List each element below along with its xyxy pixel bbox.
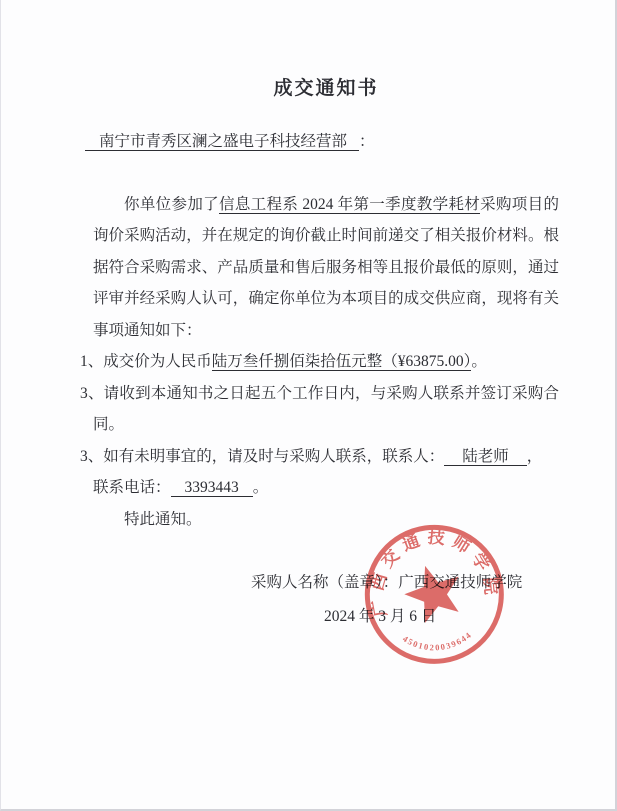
contact-phone-underlined: 3393443	[171, 479, 253, 497]
phone-period: 。	[253, 479, 269, 496]
addressee-name: 南宁市青秀区澜之盛电子科技经营部	[85, 133, 359, 151]
paragraph-text: 采购项目的询价采购活动，并在规定的询价截止时间前递交了相关报价材料。根据符合采购…	[93, 196, 559, 339]
paragraph-text: 你单位参加了	[124, 196, 219, 213]
item1-period: 。	[471, 353, 487, 370]
purchaser-signature-line: 采购人名称（盖章）：广西交通技师学院	[93, 567, 559, 599]
list-item-3-line2: 联系电话：3393443。	[93, 472, 559, 504]
contact-person-underlined: 陆老师	[444, 448, 527, 466]
project-name-underlined: 信息工程系 2024 年第一季度教学耗材	[219, 196, 480, 214]
award-price-underlined: 陆万叁仟捌佰柒拾伍元整（¥63875.00）	[212, 353, 472, 371]
scanned-notice-page: 成交通知书 南宁市青秀区澜之盛电子科技经营部： 你单位参加了信息工程系 2024…	[0, 0, 617, 811]
list-item-1: 1、成交价为人民币陆万叁仟捌佰柒拾伍元整（¥63875.00）。	[93, 346, 559, 378]
list-item-3-line1: 3、如有未明事宜的，请及时与采购人联系，联系人：陆老师，	[93, 441, 559, 473]
addressee-line: 南宁市青秀区澜之盛电子科技经营部：	[85, 126, 559, 158]
document-title: 成交通知书	[93, 0, 559, 105]
list-item-2: 3、请收到本通知书之日起五个工作日内，与采购人联系并签订采购合同。	[93, 378, 559, 441]
item3-text: 3、如有未明事宜的，请及时与采购人联系，联系人：	[80, 448, 444, 465]
date-line: 2024 年 3 月 6 日	[93, 601, 559, 633]
item3-comma: ，	[527, 448, 543, 465]
closing-line: 特此通知。	[93, 504, 559, 536]
addressee-colon: ：	[359, 133, 375, 150]
phone-label: 联系电话：	[93, 479, 171, 496]
item1-text: 1、成交价为人民币	[80, 353, 212, 370]
notice-paragraph: 你单位参加了信息工程系 2024 年第一季度教学耗材采购项目的询价采购活动，并在…	[93, 189, 559, 347]
document-body: 成交通知书 南宁市青秀区澜之盛电子科技经营部： 你单位参加了信息工程系 2024…	[93, 0, 559, 633]
